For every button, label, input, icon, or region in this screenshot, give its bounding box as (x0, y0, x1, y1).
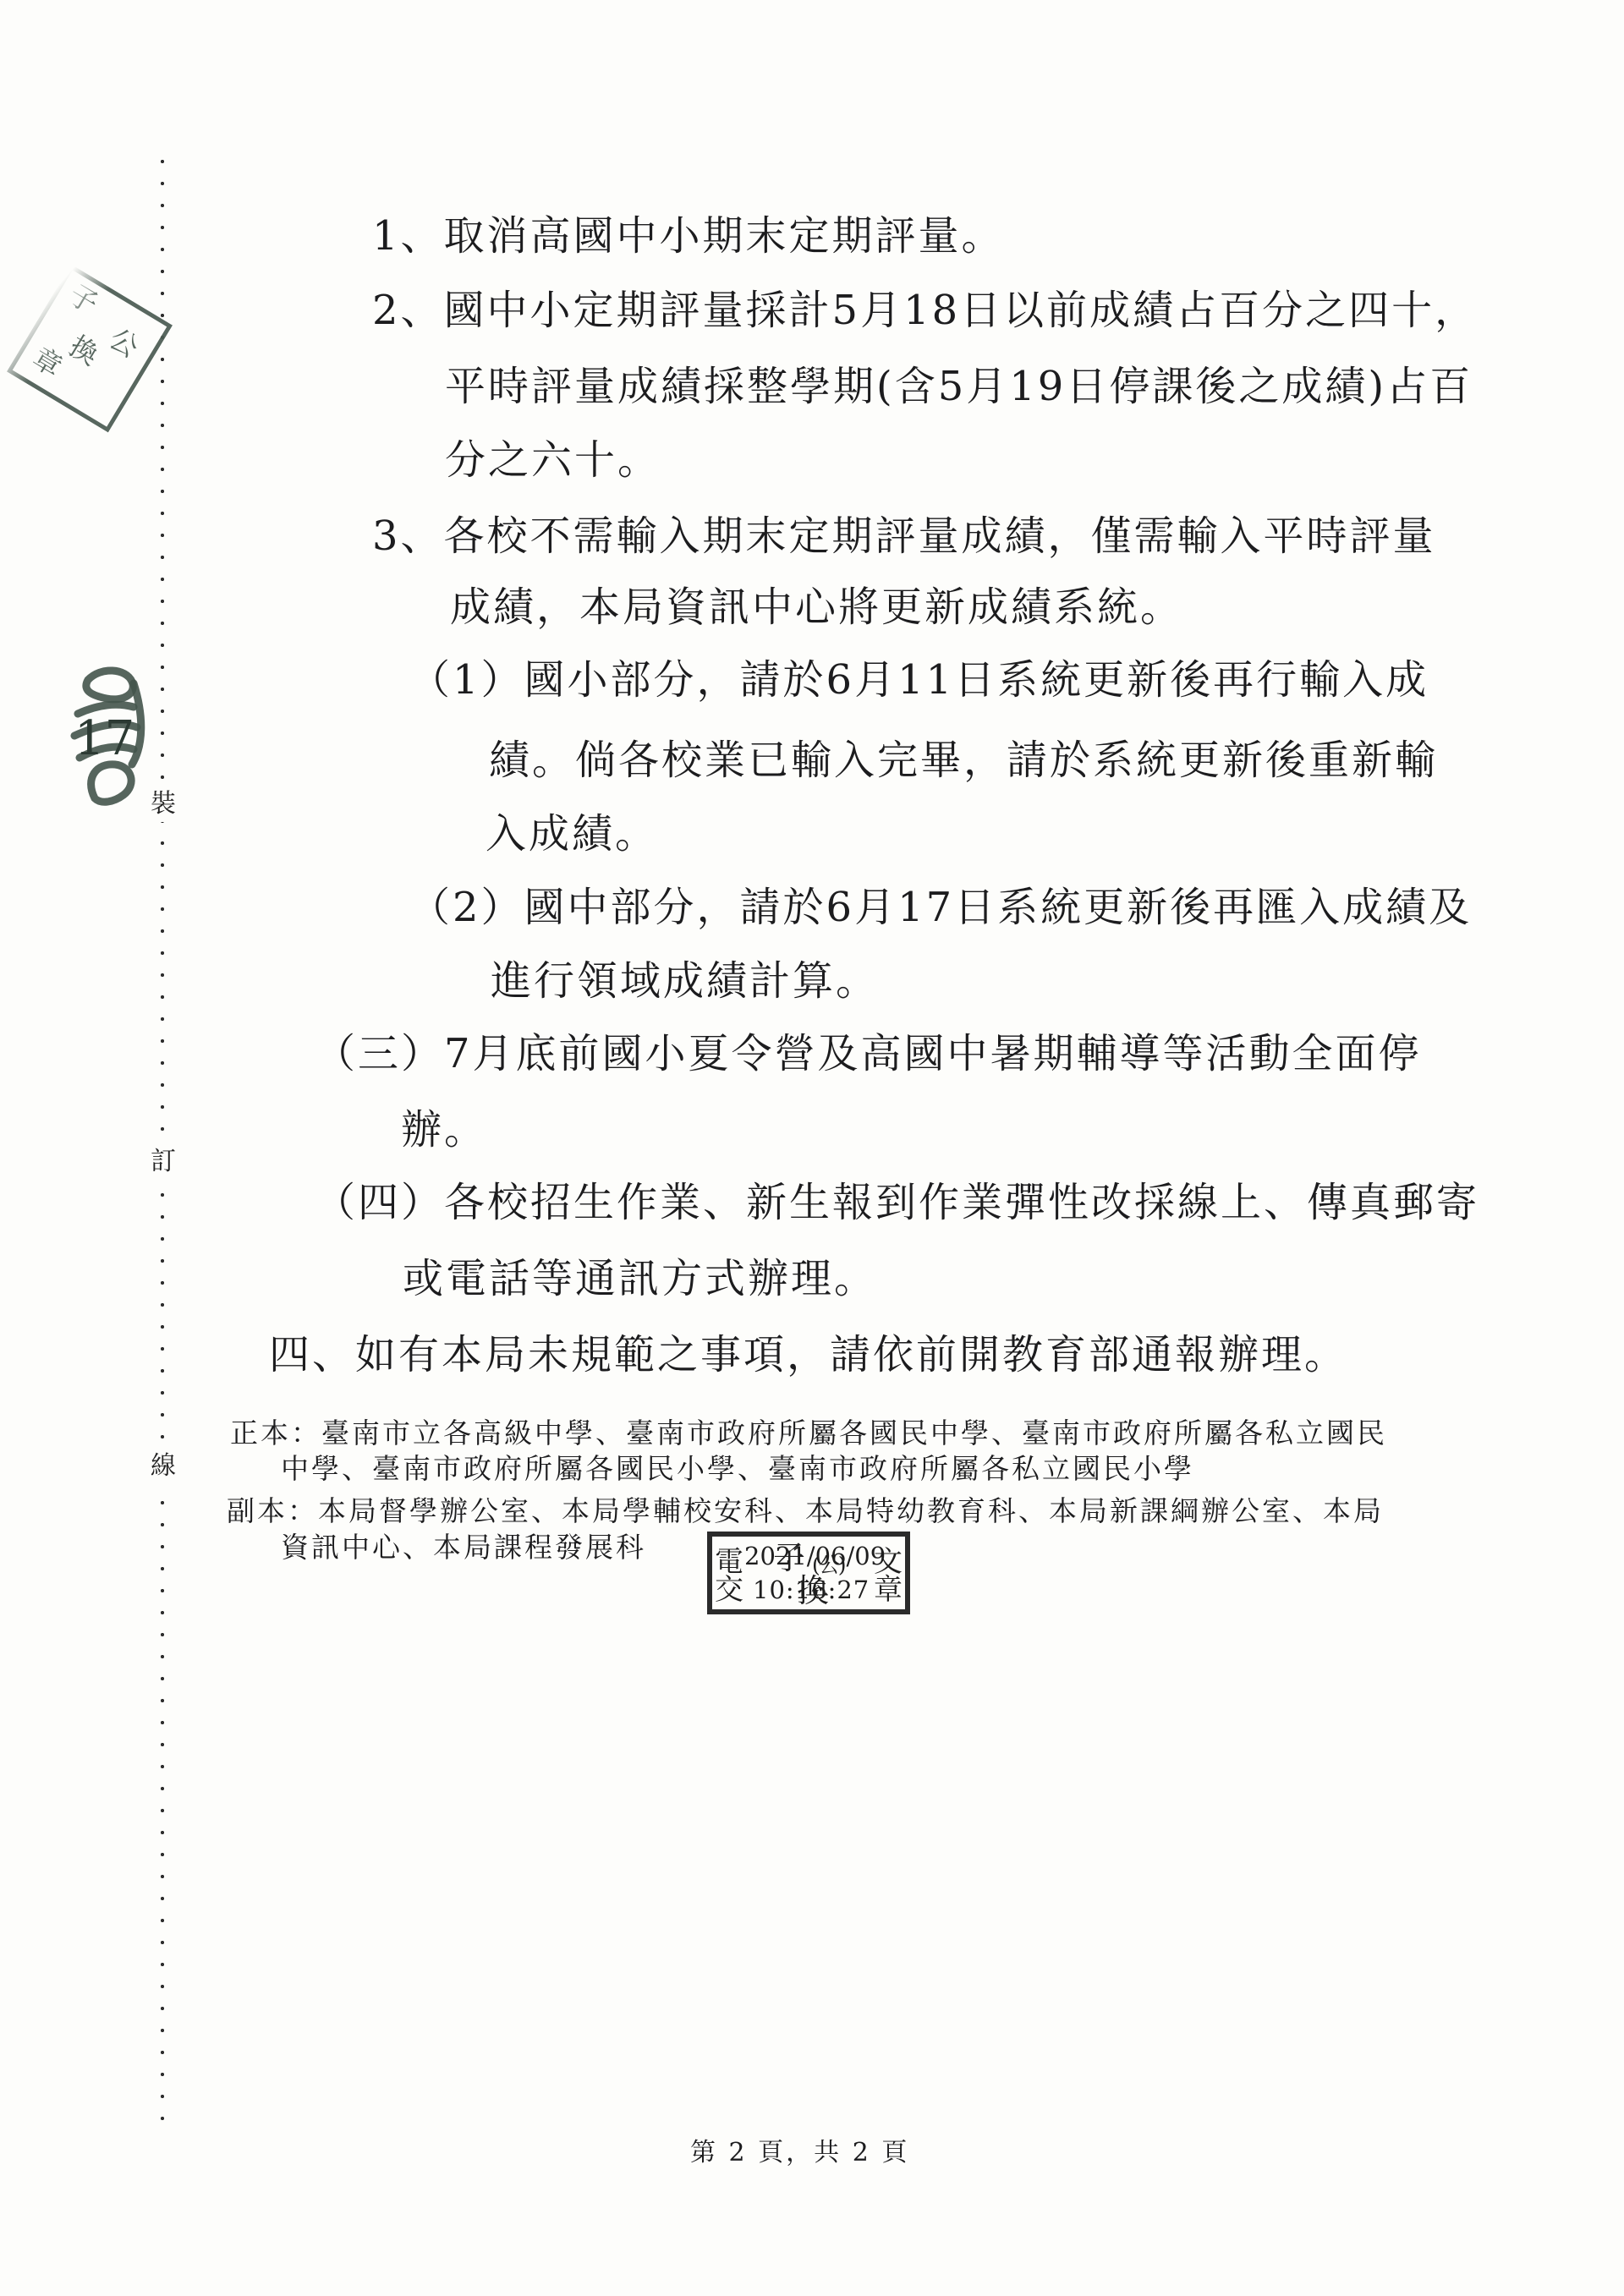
body-line-9: 入成績。 (486, 812, 658, 856)
body-line-14: （四）各校招生作業、新生報到作業彈性改採線上、傳真郵寄 (315, 1181, 1479, 1225)
body-line-2: 2、國中小定期評量採計5月18日以前成績占百分之四十， (372, 288, 1478, 332)
body-line-7: （1）國小部分，請於6月11日系統更新後再行輸入成 (409, 658, 1429, 702)
dist-fuben-line-2: 資訊中心、本局課程發展科 (281, 1532, 646, 1564)
body-line-13: 辦。 (401, 1108, 487, 1152)
body-line-16: 四、如有本局未規範之事項，請依前開教育部通報辦理。 (269, 1333, 1347, 1377)
body-line-12: （三）7月底前國小夏令營及高國中暑期輔導等活動全面停 (315, 1032, 1422, 1076)
body-line-6: 成績，本局資訊中心將更新成績系統。 (450, 585, 1183, 629)
seal-number: 17 (74, 711, 134, 766)
body-line-1: 1、取消高國中小期末定期評量。 (372, 214, 1005, 258)
stamp-time: 10:16:27 (753, 1575, 870, 1604)
dist-fuben-line-1: 副本：本局督學辦公室、本局學輔校安科、本局特幼教育科、本局新課綱辦公室、本局 (227, 1495, 1384, 1527)
dist-zhengben-line-1: 正本：臺南市立各高級中學、臺南市政府所屬各國民中學、臺南市政府所屬各私立國民 (230, 1417, 1387, 1449)
electronic-exchange-stamp: 電 文 交 章 子 (公) 換 2021/06/09 10:16:27 (707, 1532, 910, 1614)
binding-mark-ding: 訂 (148, 1144, 178, 1180)
seal-char: 公 (105, 324, 143, 362)
stamp-char-jiao: 交 (715, 1566, 743, 1608)
dist-zhengben-line-2: 中學、臺南市政府所屬各國民小學、臺南市政府所屬各私立國民小學 (281, 1453, 1194, 1485)
tilted-exchange-seal: 子 公 換 章 (7, 265, 173, 433)
body-line-3: 平時評量成績採整學期(含5月19日停課後之成績)占百 (445, 364, 1473, 408)
stamp-char-zhang: 章 (874, 1566, 903, 1608)
page-number-footer: 第 2 頁，共 2 頁 (690, 2131, 909, 2168)
seal-char: 章 (28, 342, 66, 381)
seal-char: 換 (65, 332, 103, 370)
smudged-date-seal: 17 (63, 665, 147, 807)
binding-mark-zhuang: 裝 (148, 786, 178, 822)
seal-char: 子 (64, 280, 102, 318)
scanned-document-page: 裝 訂 線 子 公 換 章 17 1、取消高國中小期末定期評量。 2、國中小定期… (0, 0, 1624, 2296)
body-line-11: 進行領域成績計算。 (491, 959, 879, 1003)
body-line-8: 績。倘各校業已輸入完畢，請於系統更新後重新輸 (489, 738, 1438, 782)
body-line-4: 分之六十。 (445, 438, 661, 482)
body-line-5: 3、各校不需輸入期末定期評量成績，僅需輸入平時評量 (372, 514, 1436, 558)
binding-mark-xian: 線 (148, 1449, 178, 1484)
body-line-15: 或電話等通訊方式辦理。 (403, 1257, 877, 1301)
stamp-date: 2021/06/09 (744, 1542, 886, 1570)
body-line-10: （2）國中部分，請於6月17日系統更新後再匯入成績及 (409, 885, 1472, 929)
